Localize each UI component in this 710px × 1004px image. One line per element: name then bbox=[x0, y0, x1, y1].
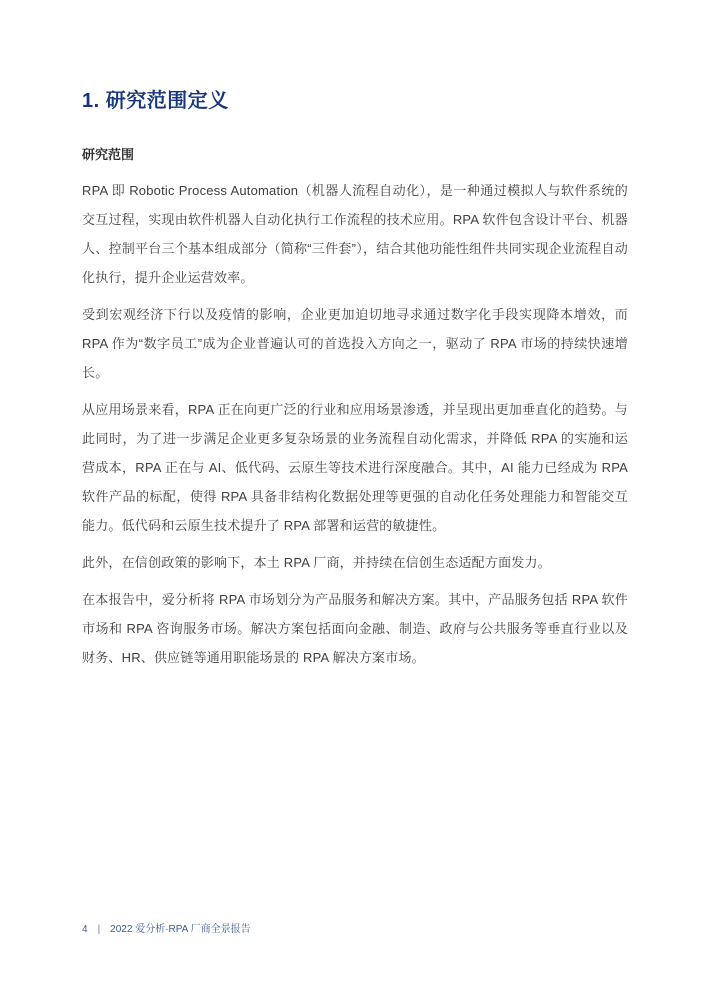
subsection-heading: 研究范围 bbox=[82, 146, 628, 163]
document-page: 1. 研究范围定义 研究范围 RPA 即 Robotic Process Aut… bbox=[0, 0, 710, 1004]
footer-report-title: 2022 爱分析·RPA 厂商全景报告 bbox=[110, 923, 250, 937]
paragraph-application-scenarios: 从应用场景来看，RPA 正在向更广泛的行业和应用场景渗透，并呈现出更加垂直化的趋… bbox=[82, 395, 628, 540]
paragraph-xinchuang-policy: 此外，在信创政策的影响下，本土 RPA 厂商，并持续在信创生态适配方面发力。 bbox=[82, 548, 628, 577]
paragraph-macro-economy: 受到宏观经济下行以及疫情的影响，企业更加迫切地寻求通过数字化手段实现降本增效，而… bbox=[82, 300, 628, 387]
page-content: 1. 研究范围定义 研究范围 RPA 即 Robotic Process Aut… bbox=[82, 88, 628, 680]
paragraph-rpa-definition: RPA 即 Robotic Process Automation（机器人流程自动… bbox=[82, 176, 628, 292]
page-number: 4 bbox=[82, 923, 88, 937]
footer-separator: | bbox=[98, 923, 101, 937]
page-footer: 4 | 2022 爱分析·RPA 厂商全景报告 bbox=[82, 923, 251, 937]
paragraph-market-segmentation: 在本报告中，爱分析将 RPA 市场划分为产品服务和解决方案。其中，产品服务包括 … bbox=[82, 585, 628, 672]
section-heading: 1. 研究范围定义 bbox=[82, 88, 628, 114]
